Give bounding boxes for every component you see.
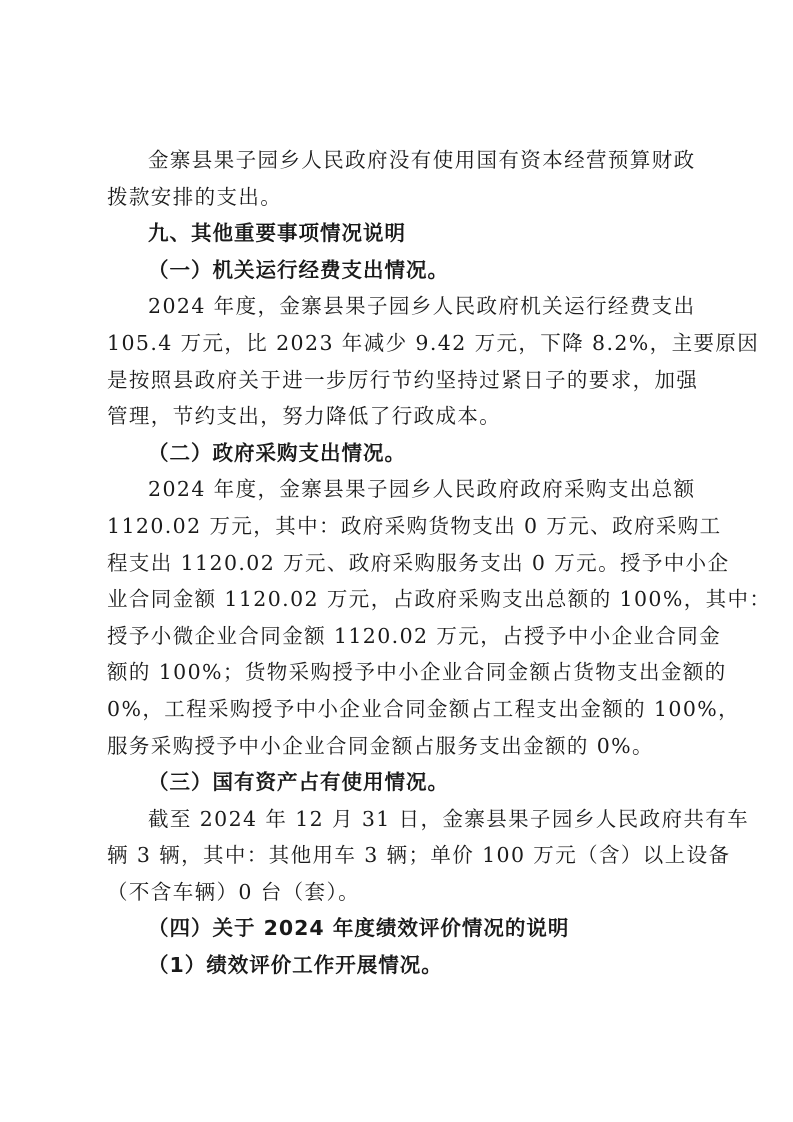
- paragraph-line: 是按照县政府关于进一步厉行节约坚持过紧日子的要求，加强: [107, 362, 692, 399]
- document-page: 金寨县果子园乡人民政府没有使用国有资本经营预算财政 拨款安排的支出。 九、其他重…: [107, 142, 692, 984]
- paragraph-line: 0%，工程采购授予中小企业合同金额占工程支出金额的 100%，: [107, 691, 692, 728]
- paragraph-line: 授予小微企业合同金额 1120.02 万元，占授予中小企业合同金: [107, 618, 692, 655]
- subsection-heading-state-assets: （三）国有资产占有使用情况。: [107, 764, 692, 801]
- paragraph-line: 管理，节约支出，努力降低了行政成本。: [107, 398, 692, 435]
- subsection-heading-procurement: （二）政府采购支出情况。: [107, 435, 692, 472]
- section-heading-other-matters: 九、其他重要事项情况说明: [107, 215, 692, 252]
- paragraph-line: 额的 100%；货物采购授予中小企业合同金额占货物支出金额的: [107, 654, 692, 691]
- paragraph-line: 2024 年度，金寨县果子园乡人民政府政府采购支出总额: [107, 471, 692, 508]
- paragraph-line: 辆 3 辆，其中：其他用车 3 辆；单价 100 万元（含）以上设备: [107, 837, 692, 874]
- paragraph-line: 服务采购授予中小企业合同金额占服务支出金额的 0%。: [107, 728, 692, 765]
- subsection-heading-performance-evaluation: （四）关于 2024 年度绩效评价情况的说明: [107, 910, 692, 947]
- paragraph-line: 2024 年度，金寨县果子园乡人民政府机关运行经费支出: [107, 288, 692, 325]
- paragraph-line: 1120.02 万元，其中：政府采购货物支出 0 万元、政府采购工: [107, 508, 692, 545]
- paragraph-line: 105.4 万元，比 2023 年减少 9.42 万元，下降 8.2%，主要原因: [107, 325, 692, 362]
- paragraph-line: 拨款安排的支出。: [107, 179, 692, 216]
- subsection-heading-evaluation-work: （1）绩效评价工作开展情况。: [107, 947, 692, 984]
- paragraph-line: （不含车辆）0 台（套）。: [107, 874, 692, 911]
- paragraph-line: 截至 2024 年 12 月 31 日，金寨县果子园乡人民政府共有车: [107, 801, 692, 838]
- paragraph-line: 金寨县果子园乡人民政府没有使用国有资本经营预算财政: [107, 142, 692, 179]
- paragraph-line: 程支出 1120.02 万元、政府采购服务支出 0 万元。授予中小企: [107, 545, 692, 582]
- subsection-heading-operating-expenses: （一）机关运行经费支出情况。: [107, 252, 692, 289]
- paragraph-line: 业合同金额 1120.02 万元，占政府采购支出总额的 100%，其中：: [107, 581, 692, 618]
